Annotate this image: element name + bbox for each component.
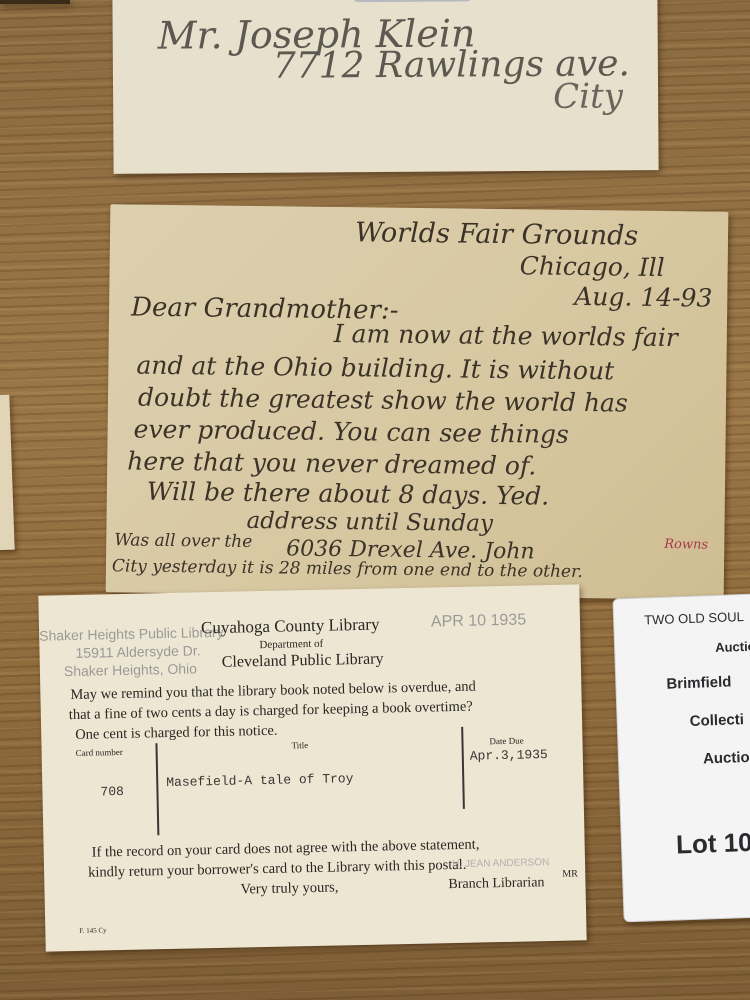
auction-location: Brimfield (666, 673, 732, 692)
postcard-line-6: Will be there about 8 days. Yed. (147, 477, 550, 511)
date-stamp: APR 10 1935 (431, 611, 527, 631)
envelope: Mr. Joseph Klein 7712 Rawlings ave. City (112, 0, 658, 174)
card-number-label: Card number (76, 747, 123, 758)
auction-line-2: Auctio (715, 639, 750, 655)
postcard-line-3: doubt the greatest show the world has (138, 383, 628, 418)
return-address-stamp-1: Shaker Heights Public Library (39, 624, 224, 644)
form-code: F. 145 Cy (79, 926, 106, 935)
auction-line-4: Collecti (689, 711, 744, 730)
return-address-stamp-2: 15911 Aldersyde Dr. (75, 642, 200, 661)
closing: Very truly yours, (240, 879, 338, 898)
postcard-line-1: I am now at the worlds fair (334, 319, 678, 352)
postcard-date: Aug. 14-93 (574, 282, 712, 313)
envelope-city: City (553, 76, 623, 116)
envelope-clip (352, 0, 472, 2)
auction-line-5: Auctio (703, 749, 750, 768)
branch-librarian: Branch Librarian (448, 875, 544, 893)
library-name: Cuyahoga County Library (201, 615, 380, 639)
partial-card-left-edge (0, 395, 15, 551)
return-address-stamp-3: Shaker Heights, Ohio (64, 660, 197, 679)
library-overdue-notice: Shaker Heights Public Library 15911 Alde… (38, 584, 586, 951)
postcard-red-note: Rowns (664, 537, 708, 553)
card-number-value: 708 (100, 784, 124, 799)
column-divider-1 (155, 743, 159, 835)
postcard-line-4: ever produced. You can see things (133, 415, 569, 449)
library-department-of: Department of (259, 638, 323, 651)
postcard-margin-note-1: Was all over the (114, 530, 252, 552)
library-department: Cleveland Public Library (222, 650, 384, 671)
lot-number: Lot 10 (675, 827, 750, 861)
postcard-place: Worlds Fair Grounds (355, 217, 639, 251)
book-title-value: Masefield-A tale of Troy (166, 771, 354, 790)
column-divider-2 (461, 727, 465, 809)
postcard-city: Chicago, Ill (519, 251, 664, 282)
date-due-label: Date Due (489, 736, 523, 747)
postcard-line-5: here that you never dreamed of. (127, 446, 536, 480)
dark-paper-scrap (0, 0, 70, 4)
librarian-name-stamp: H. JEAN ANDERSON (452, 857, 549, 870)
worlds-fair-postcard: Worlds Fair Grounds Chicago, Ill Aug. 14… (106, 204, 729, 600)
postcard-line-2: and at the Ohio building. It is without (136, 351, 614, 386)
initials: MR (562, 868, 578, 879)
date-due-value: Apr.3,1935 (470, 747, 548, 764)
title-label: Title (291, 740, 308, 750)
auction-house-name: TWO OLD SOUL (644, 609, 744, 627)
postcard-line-7: address until Sunday (246, 508, 493, 537)
message-line-3: One cent is charged for this notice. (75, 723, 278, 744)
auction-lot-tag: TWO OLD SOUL Auctio Brimfield Collecti A… (612, 594, 750, 923)
